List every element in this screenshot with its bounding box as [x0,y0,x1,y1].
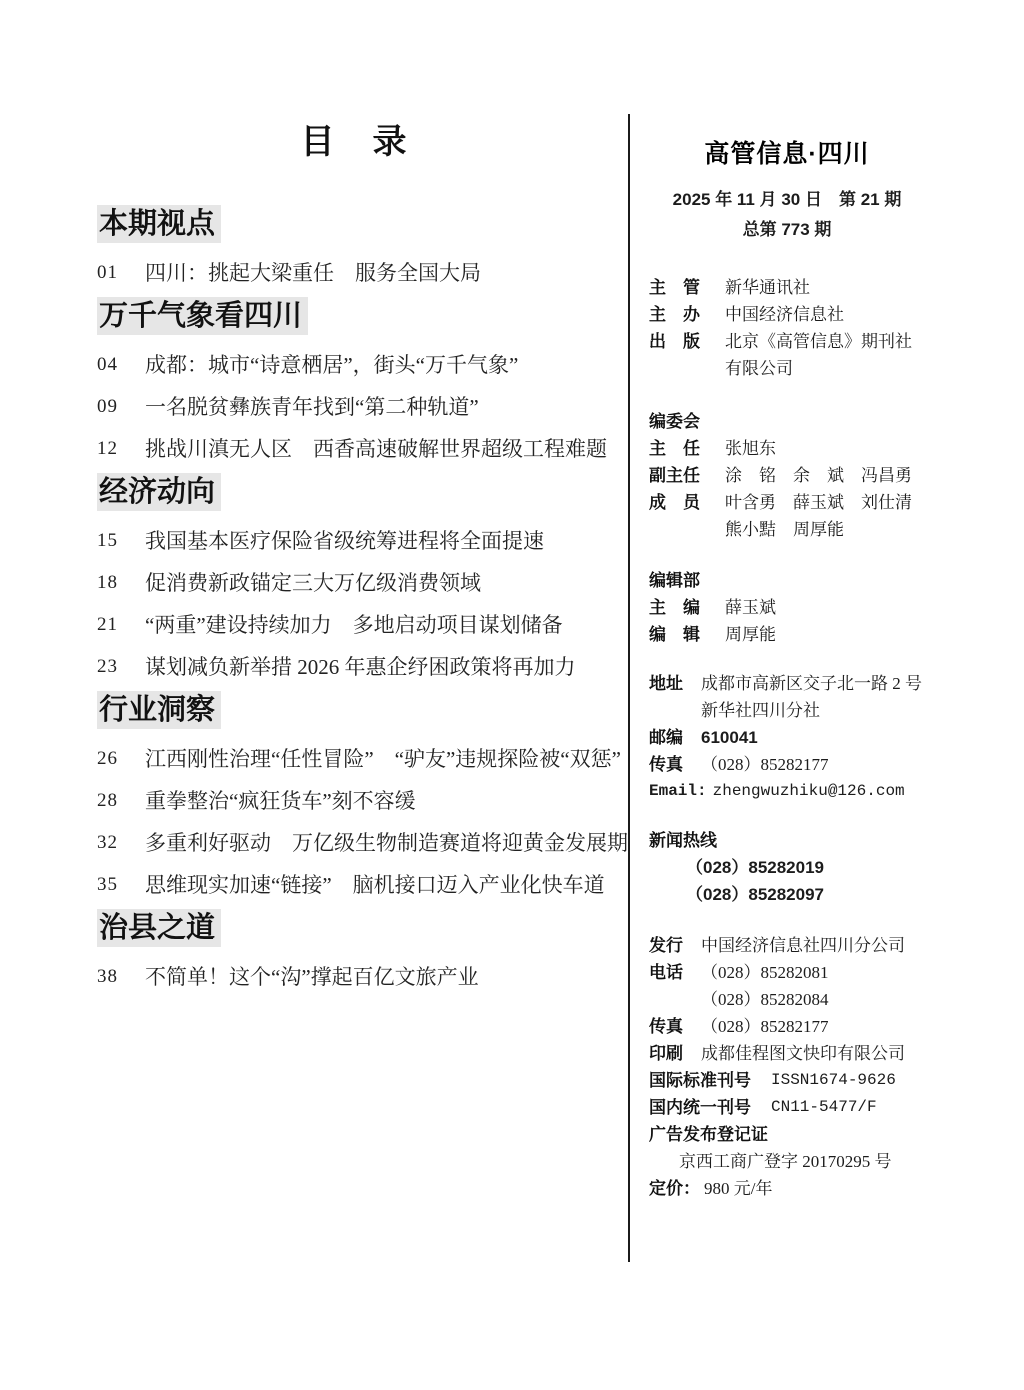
toc-section-label: 治县之道 [97,909,221,947]
issn-value: ISSN1674-9626 [771,1067,896,1094]
organizer-value: 中国经济信息社 [725,301,844,328]
ad-license-value: 京西工商广登字 20170295 号 [679,1148,892,1175]
toc-section: 经济动向15我国基本医疗保险省级统筹进程将全面提速18促消费新政锚定三大万亿级消… [97,473,612,688]
committee-members-row-cont: 熊小黠 周厚能 [649,516,925,543]
toc-item-page-number: 23 [97,646,145,688]
toc-item: 32多重利好驱动 万亿级生物制造赛道将迎黄金发展期 [97,822,612,864]
publisher-value-line2: 有限公司 [725,355,793,382]
toc-item-title: 一名脱贫彝族青年找到“第二种轨道” [145,386,612,428]
editor-row: 编 辑 周厚能 [649,621,925,648]
toc-section: 行业洞察26江西刚性治理“任性冒险” “驴友”违规探险被“双惩”28重拳整治“疯… [97,691,612,906]
members-value-line1: 叶含勇 薛玉斌 刘仕清 [725,489,912,516]
toc-column: 目 录 本期视点01四川：挑起大梁重任 服务全国大局万千气象看四川04成都：城市… [97,123,612,998]
page-title: 目 录 [97,123,612,163]
distribution-block: 发行 中国经济信息社四川分公司 电话 （028）85282081 （028）85… [649,932,925,1202]
toc-item-page-number: 35 [97,864,145,906]
fax-label: 传真 [649,751,701,778]
postcode-label: 邮编 [649,724,701,751]
toc-item: 09一名脱贫彝族青年找到“第二种轨道” [97,386,612,428]
contact-block: 地址 成都市高新区交子北一路 2 号 新华社四川分社 邮编 610041 传真 … [649,670,925,805]
toc-item: 28重拳整治“疯狂货车”刻不容缓 [97,780,612,822]
dist-fax-value: （028）85282177 [701,1013,829,1040]
committee-members-row: 成 员 叶含勇 薛玉斌 刘仕清 [649,489,925,516]
members-value-line2: 熊小黠 周厚能 [725,516,844,543]
toc-item-title: 江西刚性治理“任性冒险” “驴友”违规探险被“双惩” [145,738,621,780]
toc-item-page-number: 38 [97,956,145,998]
toc-item: 12挑战川滇无人区 西香高速破解世界超级工程难题 [97,428,612,470]
toc-item-title: 促消费新政锚定三大万亿级消费领域 [145,562,612,604]
publisher-value-line1: 北京《高管信息》期刊社 [725,328,912,355]
toc-section-header: 本期视点 [97,205,612,248]
price-label: 定价： [649,1175,700,1202]
toc-item: 01四川：挑起大梁重任 服务全国大局 [97,252,612,294]
toc-section-label: 行业洞察 [97,691,221,729]
spacer [649,986,701,1013]
toc-section-header: 行业洞察 [97,691,612,734]
price-value: 980 元/年 [704,1175,772,1202]
ad-license-header: 广告发布登记证 [649,1121,925,1148]
masthead-column: 高管信息·四川 2025 年 11 月 30 日 第 21 期 总第 773 期… [649,130,925,1202]
toc-item-title: 我国基本医疗保险省级统筹进程将全面提速 [145,520,612,562]
toc-item: 23谋划减负新举措 2026 年惠企纾困政策将再加力 [97,646,612,688]
toc-item: 21“两重”建设持续加力 多地启动项目谋划储备 [97,604,612,646]
organizer-row: 主 办 中国经济信息社 [649,301,925,328]
issn-row: 国际标准刊号 ISSN1674-9626 [649,1067,925,1094]
toc-item-title: 不简单！这个“沟”撑起百亿文旅产业 [145,956,612,998]
column-divider [628,114,630,1262]
toc-item-title: 四川：挑起大梁重任 服务全国大局 [145,252,612,294]
issuer-label: 发行 [649,932,701,959]
address-label: 地址 [649,670,701,697]
editorial-block: 编辑部 主 编 薛玉斌 编 辑 周厚能 [649,567,925,648]
printer-row: 印刷 成都佳程图文快印有限公司 [649,1040,925,1067]
toc-page: 目 录 本期视点01四川：挑起大梁重任 服务全国大局万千气象看四川04成都：城市… [0,0,1024,1390]
address-row-cont: 新华社四川分社 [649,697,925,724]
director-label: 主 任 [649,435,725,462]
organizer-label: 主 办 [649,301,725,328]
toc-item-page-number: 04 [97,344,145,386]
price-row: 定价： 980 元/年 [649,1175,925,1202]
editor-value: 周厚能 [725,621,776,648]
cn-value: CN11-5477/F [771,1094,877,1121]
printer-label: 印刷 [649,1040,701,1067]
toc-section: 治县之道38不简单！这个“沟”撑起百亿文旅产业 [97,909,612,998]
toc-section-label: 本期视点 [97,205,221,243]
toc-item-page-number: 26 [97,738,145,780]
toc-section-label: 万千气象看四川 [97,297,308,335]
phone-value-2: （028）85282084 [701,986,829,1013]
hotline-number-1: （028）85282019 [686,854,824,881]
toc-item-page-number: 01 [97,252,145,294]
chief-editor-value: 薛玉斌 [725,594,776,621]
toc-item-title: 多重利好驱动 万亿级生物制造赛道将迎黄金发展期 [145,822,628,864]
email-row: Email: zhengwuzhiku@126.com [649,778,925,805]
issuer-row: 发行 中国经济信息社四川分公司 [649,932,925,959]
toc-item-page-number: 09 [97,386,145,428]
email-label: Email: [649,778,707,805]
phone-value-1: （028）85282081 [701,959,829,986]
director-value: 张旭东 [725,435,776,462]
toc-section-header: 经济动向 [97,473,612,516]
toc-item-title: 思维现实加速“链接” 脑机接口迈入产业化快车道 [145,864,612,906]
address-row: 地址 成都市高新区交子北一路 2 号 [649,670,925,697]
issuer-value: 中国经济信息社四川分公司 [701,932,905,959]
members-label: 成 员 [649,489,725,516]
toc-item-page-number: 28 [97,780,145,822]
spacer [649,697,701,724]
hotline-block: 新闻热线 （028）85282019 （028）85282097 [649,827,925,908]
toc-item-title: 挑战川滇无人区 西香高速破解世界超级工程难题 [145,428,612,470]
dist-fax-row: 传真 （028）85282177 [649,1013,925,1040]
ad-license-row: 京西工商广登字 20170295 号 [649,1148,925,1175]
toc-item: 15我国基本医疗保险省级统筹进程将全面提速 [97,520,612,562]
toc-section-header: 治县之道 [97,909,612,952]
spacer [649,516,725,543]
toc-item-title: 成都：城市“诗意栖居”，街头“万千气象” [145,344,612,386]
hotline-header: 新闻热线 [649,827,925,854]
cn-row: 国内统一刊号 CN11-5477/F [649,1094,925,1121]
toc-item-page-number: 15 [97,520,145,562]
publisher-row: 出 版 北京《高管信息》期刊社 [649,328,925,355]
supervisor-row: 主 管 新华通讯社 [649,274,925,301]
toc-item-page-number: 12 [97,428,145,470]
toc-item: 38不简单！这个“沟”撑起百亿文旅产业 [97,956,612,998]
address-line1: 成都市高新区交子北一路 2 号 [701,670,922,697]
toc-item-title: 谋划减负新举措 2026 年惠企纾困政策将再加力 [145,646,612,688]
toc-section: 万千气象看四川04成都：城市“诗意栖居”，街头“万千气象”09一名脱贫彝族青年找… [97,297,612,470]
postcode-value: 610041 [701,724,758,751]
hotline-number-2: （028）85282097 [686,881,824,908]
address-line2: 新华社四川分社 [701,697,820,724]
cn-label: 国内统一刊号 [649,1094,751,1121]
phone-row: 电话 （028）85282081 [649,959,925,986]
editorial-header: 编辑部 [649,567,925,594]
publisher-label: 出 版 [649,328,725,355]
toc-item: 18促消费新政锚定三大万亿级消费领域 [97,562,612,604]
deputy-label: 副主任 [649,462,725,489]
phone-label: 电话 [649,959,701,986]
toc-item: 26江西刚性治理“任性冒险” “驴友”违规探险被“双惩” [97,738,612,780]
postcode-row: 邮编 610041 [649,724,925,751]
dist-fax-label: 传真 [649,1013,701,1040]
committee-block: 编委会 主 任 张旭东 副主任 涂 铭 余 斌 冯昌勇 成 员 叶含勇 薛玉斌 … [649,408,925,543]
chief-editor-label: 主 编 [649,594,725,621]
toc-item-title: 重拳整治“疯狂货车”刻不容缓 [145,780,612,822]
toc-item: 04成都：城市“诗意栖居”，街头“万千气象” [97,344,612,386]
toc-section-label: 经济动向 [97,473,221,511]
committee-director-row: 主 任 张旭东 [649,435,925,462]
issue-date-line: 2025 年 11 月 30 日 第 21 期 [649,188,925,212]
toc-item-page-number: 18 [97,562,145,604]
toc-section-header: 万千气象看四川 [97,297,612,340]
toc-item-page-number: 21 [97,604,145,646]
toc-item: 35思维现实加速“链接” 脑机接口迈入产业化快车道 [97,864,612,906]
supervisor-value: 新华通讯社 [725,274,810,301]
cumulative-issue-line: 总第 773 期 [649,218,925,242]
editor-label: 编 辑 [649,621,725,648]
hotline-number-row: （028）85282097 [649,881,925,908]
toc-section: 本期视点01四川：挑起大梁重任 服务全国大局 [97,205,612,294]
publication-title: 高管信息·四川 [649,138,925,170]
supervisor-label: 主 管 [649,274,725,301]
email-value: zhengwuzhiku@126.com [713,778,905,805]
chief-editor-row: 主 编 薛玉斌 [649,594,925,621]
toc-item-title: “两重”建设持续加力 多地启动项目谋划储备 [145,604,612,646]
fax-row: 传真 （028）85282177 [649,751,925,778]
issn-label: 国际标准刊号 [649,1067,751,1094]
publisher-row-cont: 有限公司 [649,355,925,382]
printer-value: 成都佳程图文快印有限公司 [701,1040,905,1067]
toc-sections: 本期视点01四川：挑起大梁重任 服务全国大局万千气象看四川04成都：城市“诗意栖… [97,205,612,998]
publisher-block: 主 管 新华通讯社 主 办 中国经济信息社 出 版 北京《高管信息》期刊社 有限… [649,274,925,382]
committee-header: 编委会 [649,408,925,435]
phone-row-cont: （028）85282084 [649,986,925,1013]
committee-deputy-row: 副主任 涂 铭 余 斌 冯昌勇 [649,462,925,489]
fax-value: （028）85282177 [701,751,829,778]
hotline-number-row: （028）85282019 [649,854,925,881]
toc-item-page-number: 32 [97,822,145,864]
deputy-value: 涂 铭 余 斌 冯昌勇 [725,462,912,489]
spacer [649,355,725,382]
